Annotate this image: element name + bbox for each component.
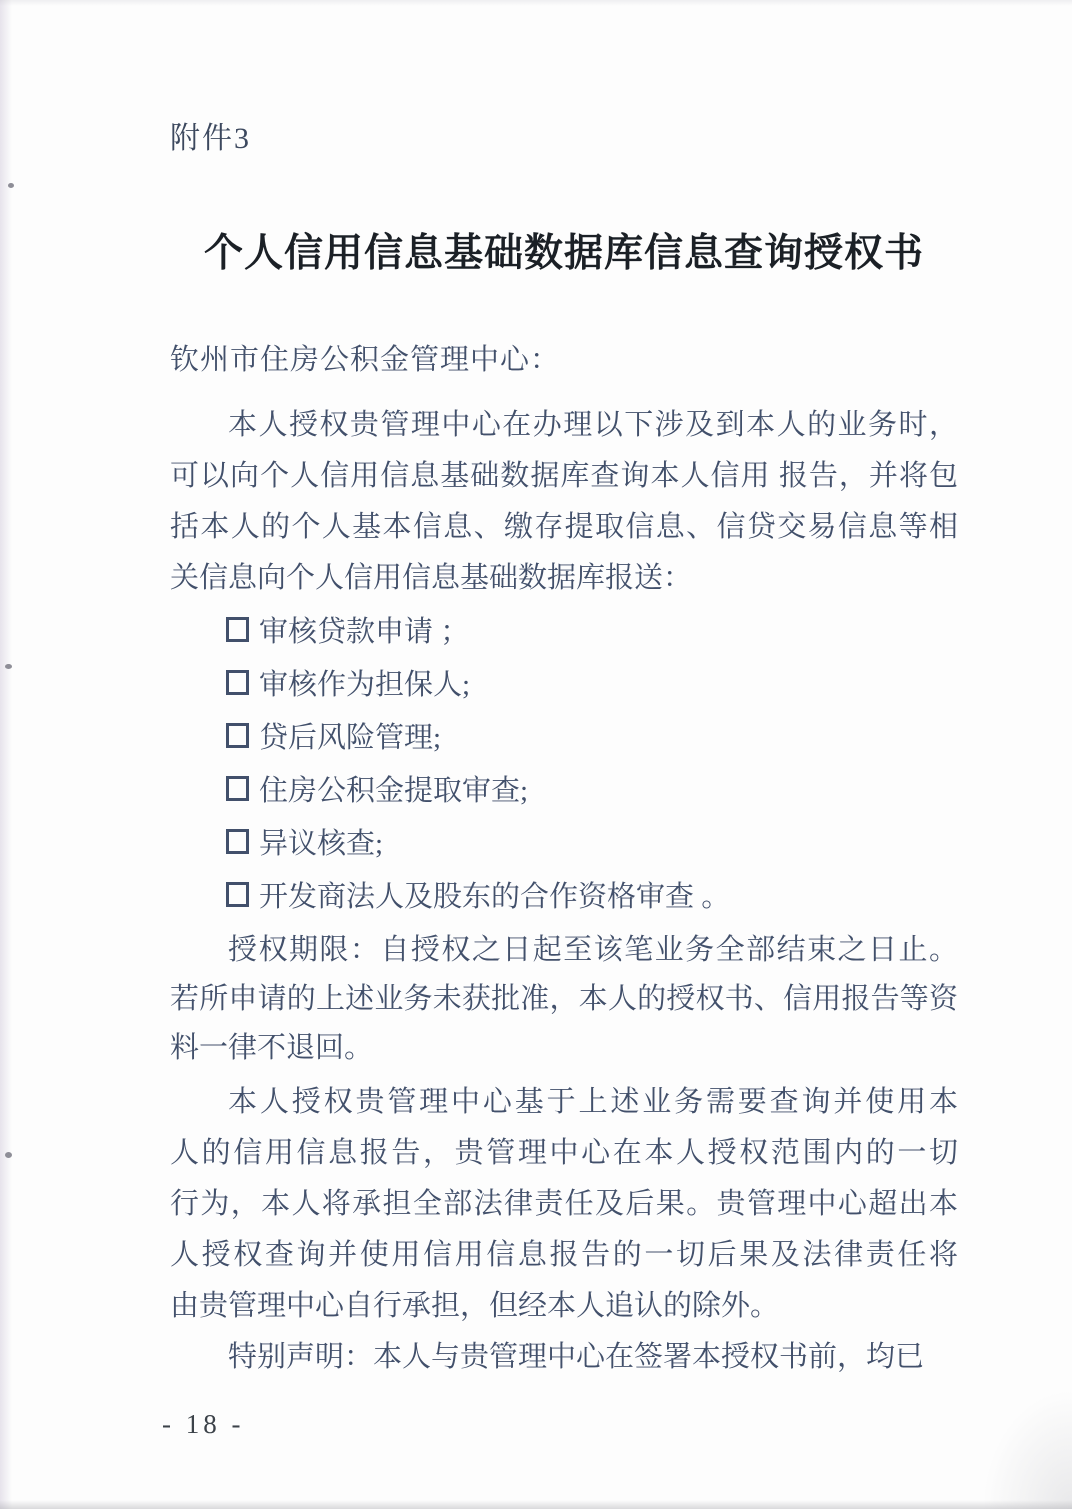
text-line: 本人授权贵管理中心基于上述业务需要查询并使用本 xyxy=(170,1077,958,1128)
checkbox-unchecked-icon xyxy=(226,776,249,801)
authorization-option-label: 开发商法人及股东的合作资格审查 。 xyxy=(259,881,730,913)
scan-speck xyxy=(5,1152,12,1158)
authorization-option-label: 贷后风险管理; xyxy=(259,722,441,754)
authorization-option-label: 审核贷款申请 ； xyxy=(259,616,469,648)
document-content: 附件3 个人信用信息基础数据库信息查询授权书 钦州市住房公积金管理中心： 本人授… xyxy=(0,0,1072,1440)
authorization-option: 住房公积金提取审查; xyxy=(170,765,958,818)
authorization-option-label: 住房公积金提取审查; xyxy=(259,775,528,807)
salutation: 钦州市住房公积金管理中心： xyxy=(170,340,958,380)
scan-edge-shading-bottom xyxy=(0,1500,1072,1509)
checkbox-unchecked-icon xyxy=(226,723,249,748)
text-line: 人授权查询并使用信用信息报告的一切后果及法律责任将 xyxy=(170,1230,958,1281)
scan-speck xyxy=(5,664,12,669)
scan-speck xyxy=(8,183,14,188)
authorization-option: 开发商法人及股东的合作资格审查 。 xyxy=(170,871,958,924)
authorization-options-list: 审核贷款申请 ；审核作为担保人;贷后风险管理;住房公积金提取审查;异议核查;开发… xyxy=(170,606,958,924)
text-line: 由贵管理中心自行承担，但经本人追认的除外。 xyxy=(170,1281,958,1332)
text-line: 可以向个人信用信息基础数据库查询本人信用 报告，并将包 xyxy=(170,451,958,502)
attachment-label: 附件3 xyxy=(170,0,958,156)
text-line: 料一律不退回。 xyxy=(170,1024,958,1073)
authorization-option-label: 异议核查; xyxy=(259,828,383,860)
authorization-option: 审核贷款申请 ； xyxy=(170,606,958,659)
authorization-option: 审核作为担保人; xyxy=(170,659,958,712)
text-line: 括本人的个人基本信息、缴存提取信息、信贷交易信息等相 xyxy=(170,502,958,553)
text-line: 人的信用信息报告，贵管理中心在本人授权范围内的一切 xyxy=(170,1128,958,1179)
paragraph-authorization-period: 授权期限：自授权之日起至该笔业务全部结束之日止。若所申请的上述业务未获批准，本人… xyxy=(170,926,958,1073)
text-line: 授权期限：自授权之日起至该笔业务全部结束之日止。 xyxy=(170,926,958,975)
checkbox-unchecked-icon xyxy=(226,829,249,854)
checkbox-unchecked-icon xyxy=(226,670,249,695)
checkbox-unchecked-icon xyxy=(226,617,249,642)
paragraph-authorization-scope: 本人授权贵管理中心在办理以下涉及到本人的业务时，可以向个人信用信息基础数据库查询… xyxy=(170,400,958,604)
paragraph-special-statement: 特别声明：本人与贵管理中心在签署本授权书前，均已 xyxy=(170,1332,958,1383)
text-line: 行为，本人将承担全部法律责任及后果。贵管理中心超出本 xyxy=(170,1179,958,1230)
paragraph-liability: 本人授权贵管理中心基于上述业务需要查询并使用本人的信用信息报告，贵管理中心在本人… xyxy=(170,1077,958,1332)
page-number: - 18 - xyxy=(162,1409,958,1440)
document-title: 个人信用信息基础数据库信息查询授权书 xyxy=(170,230,958,278)
authorization-option: 贷后风险管理; xyxy=(170,712,958,765)
text-line: 特别声明：本人与贵管理中心在签署本授权书前，均已 xyxy=(170,1332,958,1383)
scanned-document-page: { "colors": { "ink": "#42506b", "title_i… xyxy=(0,0,1072,1509)
authorization-option: 异议核查; xyxy=(170,818,958,871)
authorization-option-label: 审核作为担保人; xyxy=(259,669,470,701)
text-line: 本人授权贵管理中心在办理以下涉及到本人的业务时， xyxy=(170,400,958,451)
text-line: 关信息向个人信用信息基础数据库报送： xyxy=(170,553,958,604)
checkbox-unchecked-icon xyxy=(226,882,249,907)
text-line: 若所申请的上述业务未获批准，本人的授权书、信用报告等资 xyxy=(170,975,958,1024)
